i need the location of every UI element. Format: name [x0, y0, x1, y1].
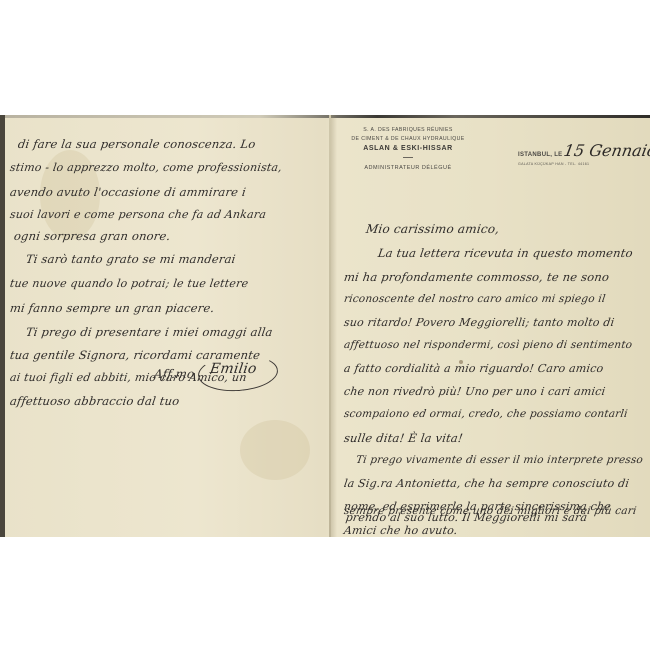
date-address: GALATA KÜÇÜKAP HAN - TEL. 44161 [518, 162, 589, 166]
handwritten-line: Amici che ho avuto. [343, 524, 458, 537]
handwritten-line: sempre presente come uno dei migliori e … [343, 505, 637, 517]
handwritten-line: riconoscente del nostro caro amico mi sp… [343, 293, 606, 305]
handwritten-line: affettuoso nel rispondermi, così pieno d… [343, 339, 633, 351]
date-city: ISTANBUL, LE [518, 152, 563, 158]
handwritten-date: 15 Gennaio 1934. [562, 141, 650, 160]
letterhead: S. A. DES FABRIQUES RÉUNIES DE CIMENT & … [340, 122, 476, 171]
left-page: di fare la sua personale conoscenza. Lo … [8, 115, 328, 537]
salutation: Mio carissimo amico, [365, 222, 500, 236]
dateline: ISTANBUL, LE GALATA KÜÇÜKAP HAN - TEL. 4… [518, 148, 648, 178]
handwritten-line: scompaiono ed ormai, credo, che possiamo… [343, 408, 628, 420]
handwritten-line: a fatto cordialità a mio riguardo! Caro … [343, 362, 604, 375]
signature-flourish [197, 352, 279, 393]
handwritten-line: mi ha profondamente commosso, te ne sono [343, 270, 610, 284]
handwritten-line: suo ritardo! Povero Meggiorelli; tanto m… [343, 316, 615, 329]
handwritten-line: Ti prego vivamente di esser il mio inter… [355, 454, 644, 466]
letterhead-line-1: S. A. DES FABRIQUES RÉUNIES [340, 126, 476, 135]
handwritten-line: sulle dita! È la vita! [343, 431, 464, 445]
letterhead-company: ASLAN & ESKI-HISSAR [340, 143, 476, 154]
letterhead-line-2: DE CIMENT & DE CHAUX HYDRAULIQUE [340, 135, 476, 143]
handwritten-line: che non rivedrò più! Uno per uno i cari … [343, 385, 606, 398]
letterhead-divider [403, 157, 413, 158]
paper-left-edge [0, 115, 5, 537]
handwritten-line: la Sig.ra Antonietta, che ha sempre cono… [343, 477, 630, 490]
handwritten-line: La tua lettera ricevuta in questo moment… [377, 246, 634, 260]
right-page: S. A. DES FABRIQUES RÉUNIES DE CIMENT & … [336, 115, 648, 537]
signature-prefix: Aff.mo [153, 367, 195, 381]
signature: Aff.mo Emilio [8, 115, 328, 537]
letterhead-title: ADMINISTRATEUR DÉLÉGUÉ [340, 165, 476, 171]
